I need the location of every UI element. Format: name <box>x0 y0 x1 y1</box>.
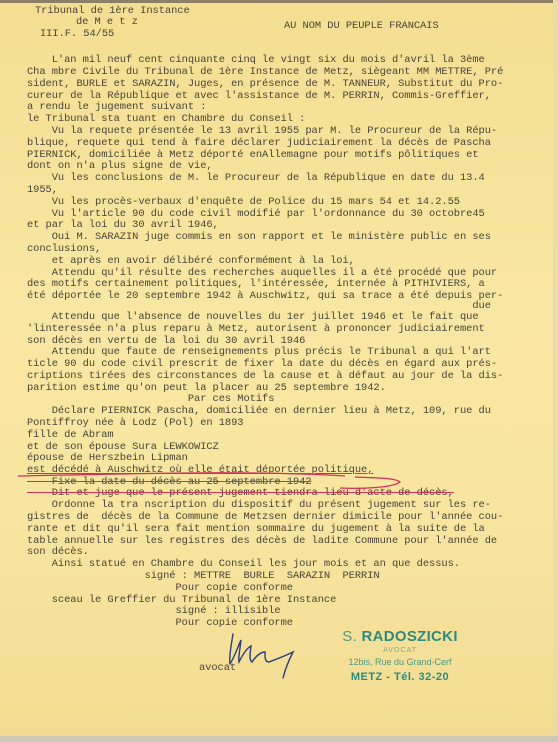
lawyer-stamp: S. RADOSZICKI AVOCAT 12bis, Rue du Grand… <box>310 628 490 683</box>
stamp-city-phone: METZ - Tél. 32-20 <box>310 671 490 683</box>
stamp-surname: RADOSZICKI <box>361 628 457 645</box>
scan-bottom-edge <box>0 736 558 742</box>
handwritten-signature-icon <box>225 626 315 681</box>
stamp-name: S. RADOSZICKI <box>310 628 490 645</box>
document-page: Tribunal de 1ère Instance de M e t z III… <box>0 0 558 742</box>
stamp-initial: S. <box>342 628 357 645</box>
stamp-address: 12bis, Rue du Grand-Cerf <box>310 657 490 667</box>
stamp-title: AVOCAT <box>310 647 490 654</box>
signature-label: avocat <box>199 662 236 674</box>
